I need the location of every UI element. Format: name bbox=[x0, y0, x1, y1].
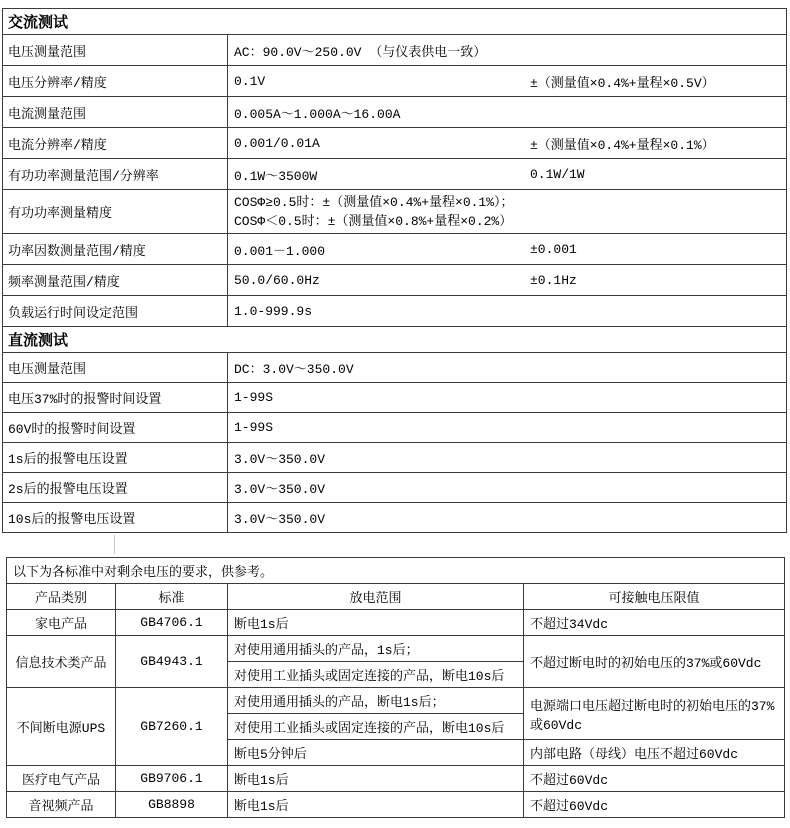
spec-row: 电压测量范围 DC：3.0V～350.0V bbox=[3, 352, 786, 382]
ref-standard-cell: GB4943.1 bbox=[116, 636, 228, 688]
table-row: 音视频产品 GB8898 断电1s后 不超过60Vdc bbox=[7, 792, 785, 818]
column-header-standard: 标准 bbox=[116, 584, 228, 610]
spec-row: 电压测量范围 AC：90.0V～250.0V （与仪表供电一致） bbox=[3, 34, 786, 65]
ref-standard-cell: GB9706.1 bbox=[116, 766, 228, 792]
table-gap bbox=[2, 533, 790, 557]
spec-value-cell: AC：90.0V～250.0V （与仪表供电一致） bbox=[228, 35, 786, 65]
spec-value-line2: COSΦ＜0.5时：±（测量值×0.8%+量程×0.2%） bbox=[234, 212, 512, 231]
gridline bbox=[114, 535, 115, 554]
ref-discharge-cell: 断电5分钟后 bbox=[228, 740, 524, 766]
ref-discharge-cell: 断电1s后 bbox=[228, 610, 524, 636]
ref-discharge-cell: 断电1s后 bbox=[228, 766, 524, 792]
spec-row: 功率因数测量范围/精度 0.001－1.000 ±0.001 bbox=[3, 233, 786, 264]
spec-value-cell: 0.1V ±（测量值×0.4%+量程×0.5V） bbox=[228, 66, 786, 96]
spec-value: 50.0/60.0Hz bbox=[234, 273, 530, 288]
spec-value: 1.0-999.9s bbox=[234, 304, 530, 319]
spec-label: 2s后的报警电压设置 bbox=[3, 473, 228, 502]
ref-limit-cell: 不超过60Vdc bbox=[524, 766, 785, 792]
spec-value: 0.1V bbox=[234, 74, 530, 89]
spec-label: 有功功率测量精度 bbox=[3, 190, 228, 233]
ref-discharge-cell: 对使用工业插头或固定连接的产品，断电10s后 bbox=[228, 714, 524, 740]
spec-value: 3.0V～350.0V bbox=[234, 478, 530, 497]
spec-value: AC：90.0V～250.0V （与仪表供电一致） bbox=[234, 41, 530, 60]
spec-row: 电流分辨率/精度 0.001/0.01A ±（测量值×0.4%+量程×0.1%） bbox=[3, 127, 786, 158]
ref-limit-cell: 不超过断电时的初始电压的37%或60Vdc bbox=[524, 636, 785, 688]
spec-value: 3.0V～350.0V bbox=[234, 508, 530, 527]
column-header-category: 产品类别 bbox=[7, 584, 116, 610]
spec-label: 电压分辨率/精度 bbox=[3, 66, 228, 96]
table-row: 信息技术类产品 GB4943.1 对使用通用插头的产品，1s后； 不超过断电时的… bbox=[7, 636, 785, 662]
spec-value: 3.0V～350.0V bbox=[234, 448, 530, 467]
spec-value: 1-99S bbox=[234, 420, 530, 435]
ref-limit-cell: 不超过60Vdc bbox=[524, 792, 785, 818]
spec-value-cell: 3.0V～350.0V bbox=[228, 503, 786, 532]
reference-table: 以下为各标准中对剩余电压的要求，供参考。 产品类别 标准 放电范围 可接触电压限… bbox=[6, 557, 785, 818]
table-row: 不间断电源UPS GB7260.1 对使用通用插头的产品，断电1s后； 电源端口… bbox=[7, 688, 785, 714]
spec-value: 0.1W～3500W bbox=[234, 165, 530, 184]
ref-category-cell: 家电产品 bbox=[7, 610, 116, 636]
header-row: 产品类别 标准 放电范围 可接触电压限值 bbox=[7, 584, 785, 610]
spec-label: 电压测量范围 bbox=[3, 35, 228, 65]
spec-value-cell: 0.001－1.000 ±0.001 bbox=[228, 234, 786, 264]
spec-value-cell: 1.0-999.9s bbox=[228, 296, 786, 326]
table-note: 以下为各标准中对剩余电压的要求，供参考。 bbox=[7, 558, 785, 584]
table-row: 医疗电气产品 GB9706.1 断电1s后 不超过60Vdc bbox=[7, 766, 785, 792]
spec-value: DC：3.0V～350.0V bbox=[234, 358, 530, 377]
spec-row: 有功功率测量精度 COSΦ≥0.5时：±（测量值×0.4%+量程×0.1%）； … bbox=[3, 189, 786, 233]
spec-value-cell: 1-99S bbox=[228, 383, 786, 412]
note-row: 以下为各标准中对剩余电压的要求，供参考。 bbox=[7, 558, 785, 584]
spec-row: 频率测量范围/精度 50.0/60.0Hz ±0.1Hz bbox=[3, 264, 786, 295]
spec-accuracy: ±0.1Hz bbox=[530, 273, 786, 288]
spec-label: 1s后的报警电压设置 bbox=[3, 443, 228, 472]
spec-value-cell: 1-99S bbox=[228, 413, 786, 442]
spec-row: 2s后的报警电压设置 3.0V～350.0V bbox=[3, 472, 786, 502]
section-header-ac: 交流测试 bbox=[3, 9, 786, 34]
ref-discharge-cell: 断电1s后 bbox=[228, 792, 524, 818]
spec-row: 有功功率测量范围/分辨率 0.1W～3500W 0.1W/1W bbox=[3, 158, 786, 189]
column-header-limit: 可接触电压限值 bbox=[524, 584, 785, 610]
spec-row: 电压37%时的报警时间设置 1-99S bbox=[3, 382, 786, 412]
ref-limit-cell: 内部电路（母线）电压不超过60Vdc bbox=[524, 740, 785, 766]
spec-row: 1s后的报警电压设置 3.0V～350.0V bbox=[3, 442, 786, 472]
spec-value-cell: 0.005A～1.000A～16.00A bbox=[228, 97, 786, 127]
table-row: 家电产品 GB4706.1 断电1s后 不超过34Vdc bbox=[7, 610, 785, 636]
spec-row: 电压分辨率/精度 0.1V ±（测量值×0.4%+量程×0.5V） bbox=[3, 65, 786, 96]
ref-category-cell: 信息技术类产品 bbox=[7, 636, 116, 688]
spec-label: 电流测量范围 bbox=[3, 97, 228, 127]
spec-accuracy: ±（测量值×0.4%+量程×0.1%） bbox=[530, 134, 786, 153]
spec-row: 60V时的报警时间设置 1-99S bbox=[3, 412, 786, 442]
section-header-dc: 直流测试 bbox=[3, 326, 786, 352]
ref-standard-cell: GB7260.1 bbox=[116, 688, 228, 766]
spec-label: 频率测量范围/精度 bbox=[3, 265, 228, 295]
spec-value-cell: 50.0/60.0Hz ±0.1Hz bbox=[228, 265, 786, 295]
spec-row: 负载运行时间设定范围 1.0-999.9s bbox=[3, 295, 786, 326]
spec-table: 交流测试 电压测量范围 AC：90.0V～250.0V （与仪表供电一致） 电压… bbox=[2, 8, 787, 533]
spec-row: 10s后的报警电压设置 3.0V～350.0V bbox=[3, 502, 786, 532]
spec-accuracy: ±0.001 bbox=[530, 242, 786, 257]
ref-discharge-cell: 对使用通用插头的产品，断电1s后； bbox=[228, 688, 524, 714]
spec-value-cell: 3.0V～350.0V bbox=[228, 473, 786, 502]
ref-discharge-cell: 对使用通用插头的产品，1s后； bbox=[228, 636, 524, 662]
spec-label: 电流分辨率/精度 bbox=[3, 128, 228, 158]
spec-value-cell: 0.1W～3500W 0.1W/1W bbox=[228, 159, 786, 189]
spec-label: 功率因数测量范围/精度 bbox=[3, 234, 228, 264]
ref-category-cell: 医疗电气产品 bbox=[7, 766, 116, 792]
spec-value-line1: COSΦ≥0.5时：±（测量值×0.4%+量程×0.1%）； bbox=[234, 193, 514, 212]
ref-limit-cell: 电源端口电压超过断电时的初始电压的37%或60Vdc bbox=[524, 688, 785, 740]
column-header-discharge: 放电范围 bbox=[228, 584, 524, 610]
ref-discharge-cell: 对使用工业插头或固定连接的产品，断电10s后 bbox=[228, 662, 524, 688]
spec-label: 60V时的报警时间设置 bbox=[3, 413, 228, 442]
spec-accuracy: ±（测量值×0.4%+量程×0.5V） bbox=[530, 72, 786, 91]
spec-value-cell: 0.001/0.01A ±（测量值×0.4%+量程×0.1%） bbox=[228, 128, 786, 158]
spec-row: 电流测量范围 0.005A～1.000A～16.00A bbox=[3, 96, 786, 127]
spec-accuracy: 0.1W/1W bbox=[530, 167, 786, 182]
spec-value-cell: 3.0V～350.0V bbox=[228, 443, 786, 472]
spec-label: 有功功率测量范围/分辨率 bbox=[3, 159, 228, 189]
spec-value: 0.001/0.01A bbox=[234, 136, 530, 151]
spec-label: 电压测量范围 bbox=[3, 353, 228, 382]
spec-value-cell: COSΦ≥0.5时：±（测量值×0.4%+量程×0.1%）； COSΦ＜0.5时… bbox=[228, 190, 786, 233]
spec-value-cell: DC：3.0V～350.0V bbox=[228, 353, 786, 382]
spec-value: 0.005A～1.000A～16.00A bbox=[234, 103, 530, 122]
spec-value: 1-99S bbox=[234, 390, 530, 405]
ref-standard-cell: GB4706.1 bbox=[116, 610, 228, 636]
spec-value: 0.001－1.000 bbox=[234, 240, 530, 259]
spec-label: 电压37%时的报警时间设置 bbox=[3, 383, 228, 412]
page: 交流测试 电压测量范围 AC：90.0V～250.0V （与仪表供电一致） 电压… bbox=[0, 0, 790, 828]
ref-category-cell: 不间断电源UPS bbox=[7, 688, 116, 766]
spec-label: 负载运行时间设定范围 bbox=[3, 296, 228, 326]
ref-standard-cell: GB8898 bbox=[116, 792, 228, 818]
ref-limit-cell: 不超过34Vdc bbox=[524, 610, 785, 636]
spec-label: 10s后的报警电压设置 bbox=[3, 503, 228, 532]
ref-category-cell: 音视频产品 bbox=[7, 792, 116, 818]
